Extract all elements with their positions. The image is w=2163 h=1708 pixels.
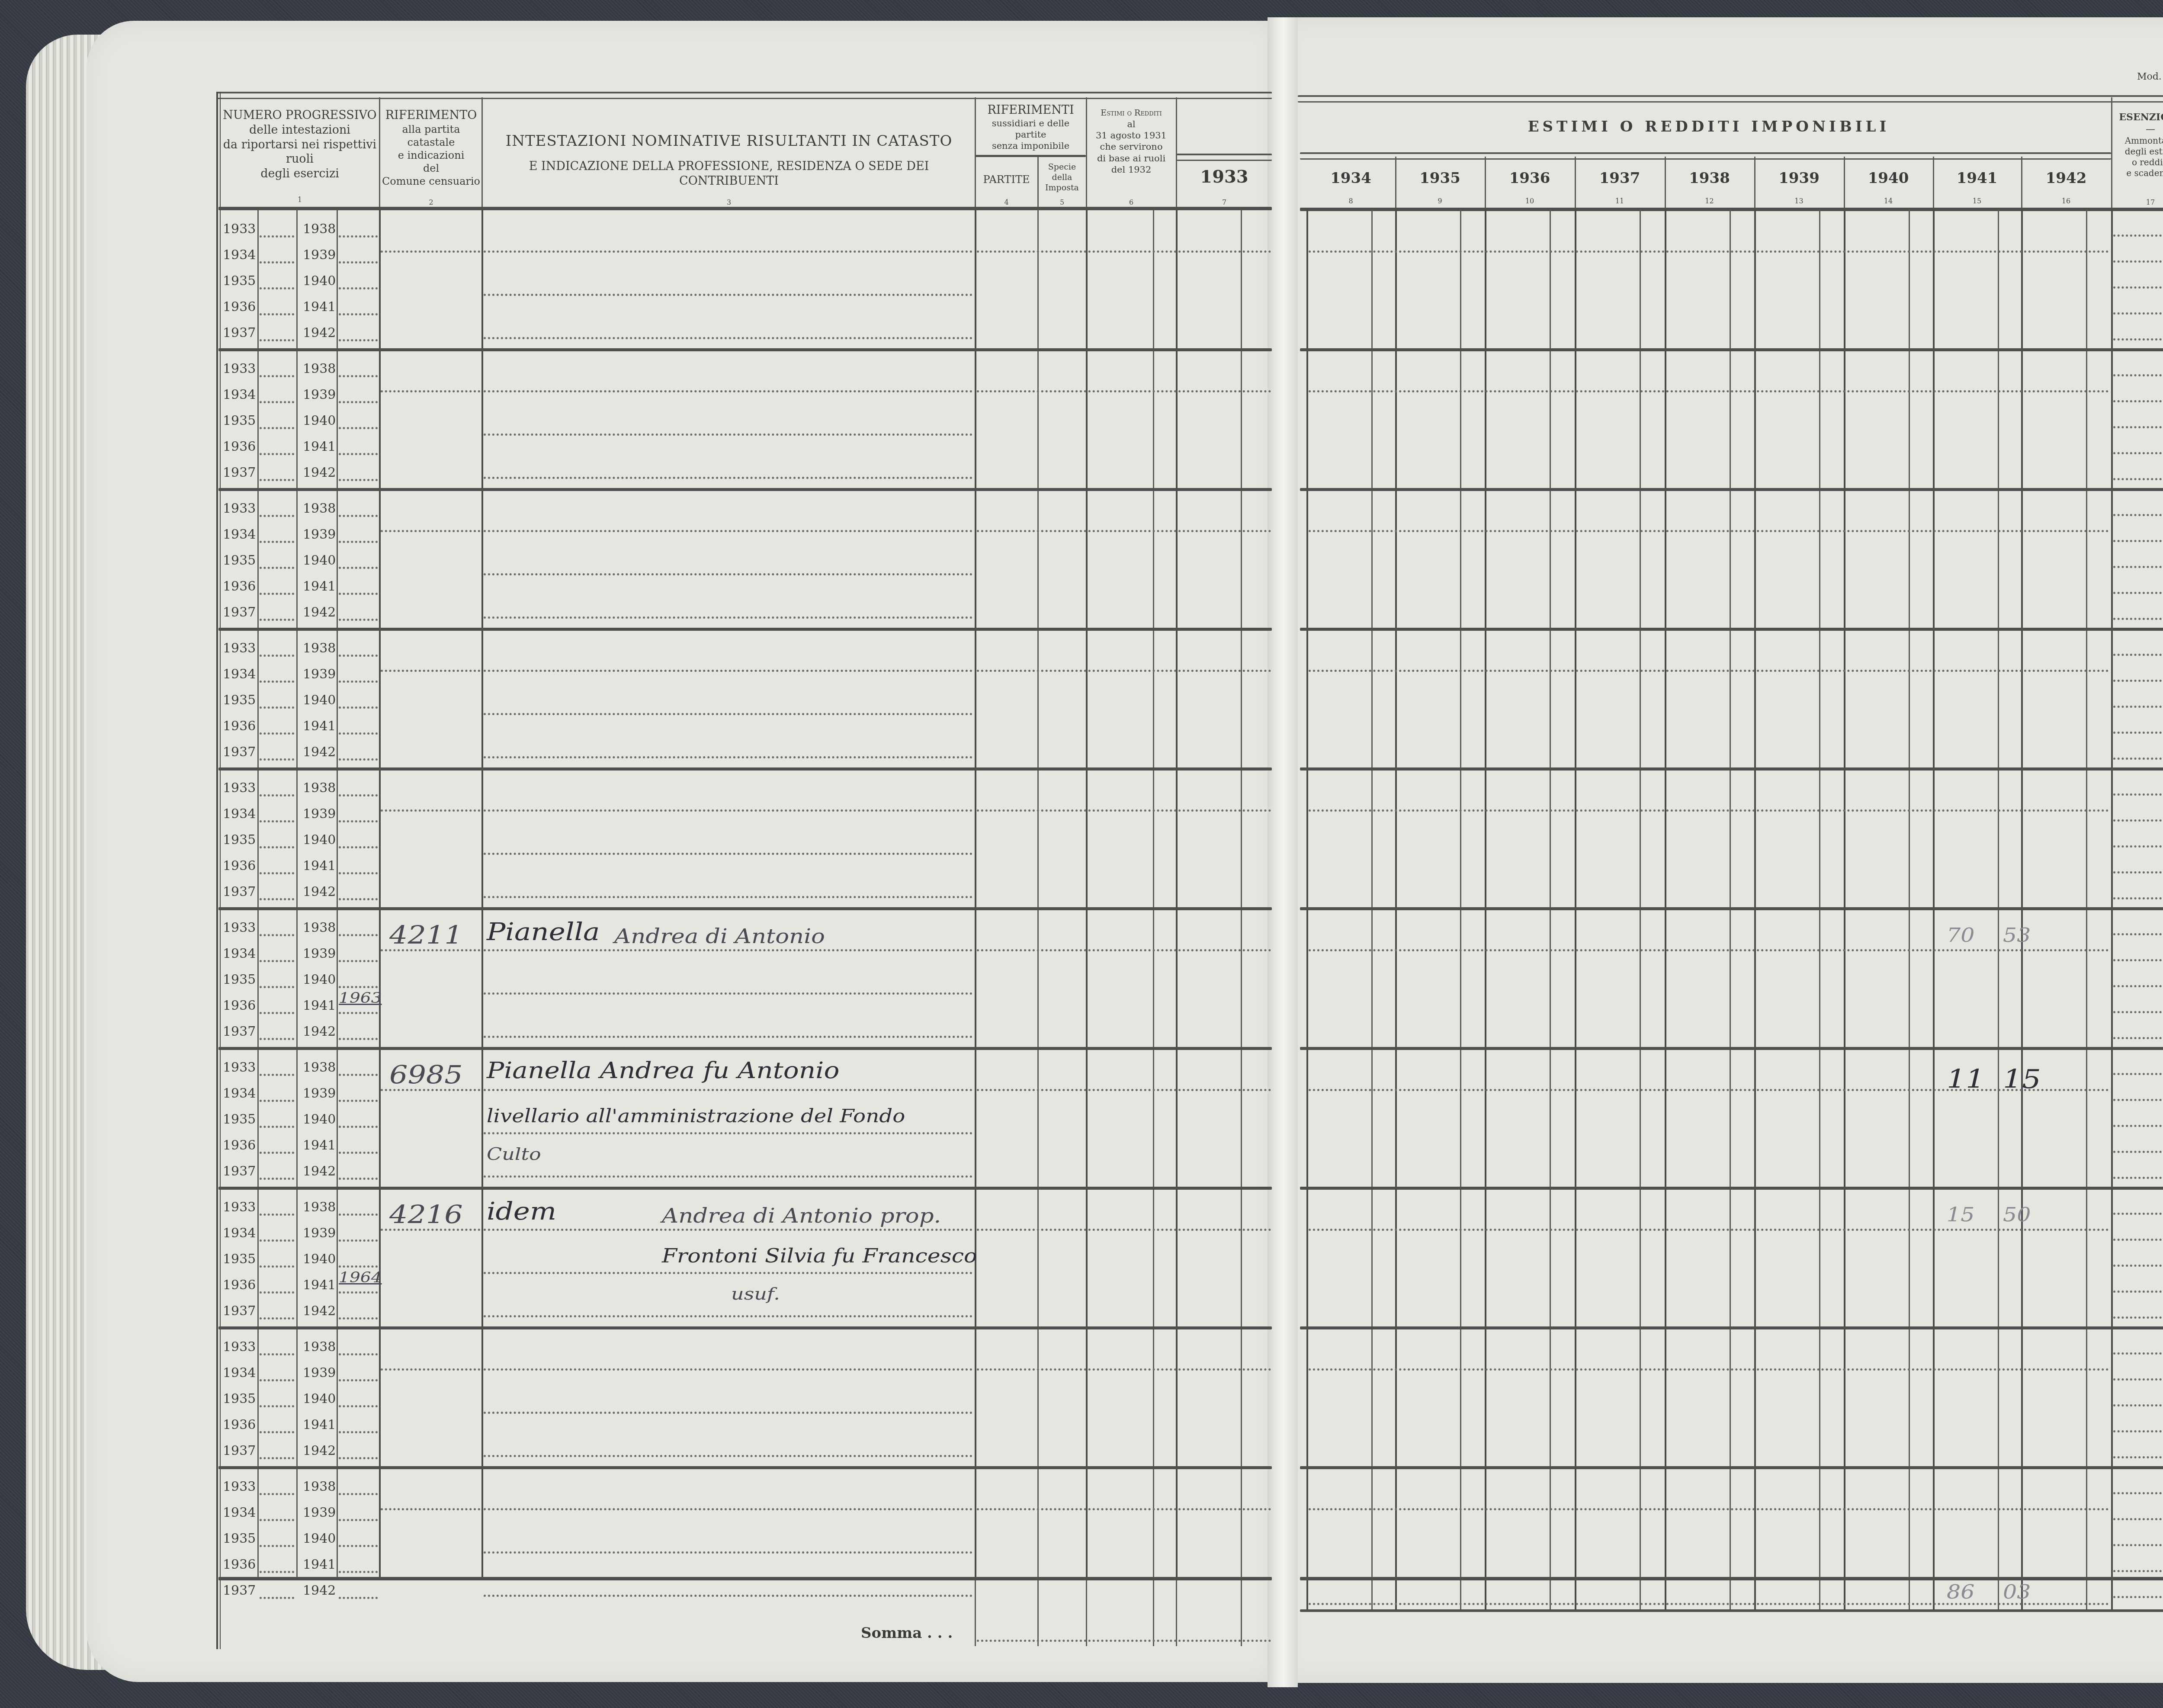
blank-line [2113, 478, 2163, 480]
column-rule [1086, 210, 1088, 1577]
row-year: 1934 [223, 806, 256, 822]
blank-line [2113, 1239, 2163, 1241]
blank-line [2113, 1570, 2163, 1572]
sum-column-rule [1176, 1577, 1177, 1646]
blank-line [2113, 1291, 2163, 1293]
row-year: 1935 [223, 1391, 256, 1406]
row-year: 1933 [223, 1200, 256, 1215]
col5-header: Specie della Imposta [1038, 162, 1086, 193]
form-id: Mod. 111 - Imposte Dirette (Intercalare)… [2137, 71, 2163, 82]
sum-column-rule [1037, 1577, 1039, 1646]
row-year: 1936 [223, 858, 256, 873]
blank-line [2113, 793, 2163, 796]
row-year: 1934 [223, 387, 256, 402]
blank-line [2113, 732, 2163, 734]
blank-line [260, 1571, 294, 1573]
col4-header: PARTITE [976, 173, 1037, 186]
year-header-1936: 1936 [1485, 170, 1575, 187]
write-line [484, 1595, 972, 1597]
blank-line [2113, 758, 2163, 760]
blank-line [2113, 1151, 2163, 1153]
table-top-border [1298, 95, 2163, 103]
somma-bottom-rule [1300, 1609, 2163, 1612]
col3-number: 3 [483, 198, 975, 206]
blank-line [260, 1265, 294, 1268]
row-year: 1941 [303, 579, 336, 594]
blank-line [2113, 1352, 2163, 1355]
write-line [1309, 809, 2109, 812]
blank-line [2113, 1596, 2163, 1598]
blank-line [339, 1431, 378, 1433]
block-rule [1300, 1326, 2163, 1329]
col7-year: 1933 [1177, 167, 1272, 187]
row-year: 1937 [223, 325, 256, 340]
group-underline [1300, 152, 2111, 160]
row-year: 1938 [303, 361, 336, 376]
amount-1941-cent: 53 [2003, 925, 2031, 947]
col4-number: 4 [976, 198, 1037, 206]
amount-1941-cent: 15 [2003, 1064, 2041, 1095]
blank-line [339, 1379, 378, 1381]
write-line [484, 1508, 972, 1510]
table-bottom-rule [1300, 1577, 2163, 1580]
blank-line [260, 706, 294, 709]
blank-line [339, 986, 378, 988]
blank-line [339, 960, 378, 962]
blank-line [260, 1152, 294, 1154]
write-line [1309, 1368, 2109, 1371]
block-rule [218, 1047, 1272, 1050]
row-year: 1938 [303, 1060, 336, 1075]
blank-line [2113, 1430, 2163, 1432]
row-year: 1936 [223, 719, 256, 734]
blank-line [260, 1239, 294, 1242]
col-number: 14 [1844, 197, 1933, 205]
row-year: 1940 [303, 1391, 336, 1406]
blank-line [260, 619, 294, 621]
row-year: 1937 [223, 884, 256, 899]
blank-line [339, 820, 378, 822]
row-year: 1939 [303, 387, 336, 402]
sum-column-rule [1241, 1577, 1242, 1646]
write-line [381, 809, 480, 812]
row-year: 1933 [223, 501, 256, 516]
block-rule [1300, 907, 2163, 910]
block-rule [1300, 1047, 2163, 1050]
write-line [977, 1508, 1271, 1510]
blank-line [2113, 312, 2163, 315]
row-year: 1941 [303, 719, 336, 734]
blank-line [260, 1405, 294, 1407]
somma-line [977, 1640, 1271, 1642]
row-year: 1934 [223, 247, 256, 263]
block-rule [1300, 767, 2163, 771]
blank-line [2113, 654, 2163, 656]
blank-line [2113, 286, 2163, 289]
blank-line [2113, 819, 2163, 822]
blank-line [260, 515, 294, 517]
block-rule [1300, 348, 2163, 351]
blank-line [260, 681, 294, 683]
blank-line [2113, 592, 2163, 594]
row-year: 1941 [303, 1417, 336, 1432]
blank-line [339, 567, 378, 569]
col1-header: NUMERO PROGRESSIVO delle intestazioni da… [221, 108, 379, 181]
blank-line [339, 872, 378, 874]
row-year: 1934 [223, 527, 256, 542]
block-rule [218, 1466, 1272, 1469]
column-rule [337, 210, 338, 1577]
row-year: 1940 [303, 832, 336, 848]
blank-line [260, 1597, 294, 1599]
write-line [1309, 1508, 2109, 1510]
row-year: 1938 [303, 780, 336, 796]
blank-line [2113, 1037, 2163, 1039]
col3-subheader: E INDICAZIONE DELLA PROFESSIONE, RESIDEN… [483, 159, 975, 189]
blank-line [260, 593, 294, 595]
write-line [484, 1272, 972, 1274]
write-line [484, 337, 972, 339]
write-line [484, 1455, 972, 1457]
blank-line [339, 655, 378, 657]
table-left-border-inner [220, 92, 221, 1649]
write-line [484, 809, 972, 812]
write-line [484, 949, 972, 951]
row-year: 1941 [303, 299, 336, 315]
right-page [1280, 17, 2163, 1683]
write-line [484, 1229, 972, 1231]
blank-line [2113, 1011, 2163, 1013]
block-rule [1300, 488, 2163, 491]
write-line [381, 670, 480, 672]
write-line [977, 530, 1271, 532]
blank-line [260, 1493, 294, 1495]
blank-line [2113, 426, 2163, 428]
col1-number: 1 [221, 196, 379, 204]
write-line [977, 1229, 1271, 1231]
row-year: 1937 [223, 605, 256, 620]
col-number: 10 [1485, 197, 1575, 205]
column-rule [1176, 210, 1178, 1577]
row-year: 1933 [223, 920, 256, 935]
blank-line [339, 453, 378, 455]
write-line [381, 1508, 480, 1510]
block-rule [218, 1326, 1272, 1329]
owner-name: idem [487, 1198, 556, 1226]
blank-line [260, 1038, 294, 1040]
blank-line [260, 1431, 294, 1433]
blank-line [2113, 1177, 2163, 1179]
blank-line [2113, 452, 2163, 454]
row-year: 1942 [303, 605, 336, 620]
col17-number: 17 [2112, 198, 2163, 206]
row-year: 1933 [223, 780, 256, 796]
row-year: 1933 [223, 641, 256, 656]
year-header-1942: 1942 [2021, 170, 2111, 187]
row-year: 1933 [223, 1479, 256, 1494]
blank-line [339, 1126, 378, 1128]
row-year: 1939 [303, 1505, 336, 1520]
year-header-1938: 1938 [1665, 170, 1754, 187]
amount-1941-lire: 70 [1947, 925, 1974, 947]
blank-line [339, 1178, 378, 1180]
row-year: 1940 [303, 693, 336, 708]
row-year: 1940 [303, 972, 336, 987]
blank-line [2113, 1404, 2163, 1406]
blank-line [260, 427, 294, 429]
blank-line [260, 1379, 294, 1381]
blank-line [260, 401, 294, 403]
write-line [484, 1368, 972, 1371]
row-year: 1942 [303, 884, 336, 899]
column-rule [296, 210, 298, 1577]
table-top-border [216, 92, 1272, 99]
blank-line [339, 681, 378, 683]
col-number: 13 [1754, 197, 1844, 205]
write-line [484, 530, 972, 532]
row-year: 1942 [303, 1583, 336, 1598]
col-number: 16 [2021, 197, 2111, 205]
blank-line [2113, 1125, 2163, 1127]
owner-name: Pianella [487, 918, 600, 946]
blank-line [260, 1545, 294, 1547]
table-left-border [216, 92, 218, 1649]
amount-1941-lire: 15 [1947, 1204, 1974, 1226]
blank-line [260, 1012, 294, 1014]
blank-line [260, 1353, 294, 1355]
blank-line [339, 619, 378, 621]
blank-line [260, 261, 294, 263]
blank-line [2113, 1073, 2163, 1075]
column-rule [481, 210, 483, 1577]
blank-line [2113, 234, 2163, 237]
table-bottom-rule [218, 1577, 1272, 1580]
blank-line [260, 479, 294, 481]
write-line [484, 1132, 972, 1134]
row-year: 1937 [223, 465, 256, 480]
write-line [1309, 530, 2109, 532]
blank-line [260, 872, 294, 874]
block-rule [218, 628, 1272, 631]
blank-line [2113, 540, 2163, 542]
write-line [977, 390, 1271, 392]
blank-line [339, 479, 378, 481]
row-year: 1934 [223, 946, 256, 961]
row-year: 1936 [223, 1278, 256, 1293]
blank-line [2113, 959, 2163, 961]
blank-line [260, 898, 294, 900]
row-year: 1939 [303, 1365, 336, 1381]
blank-line [339, 1291, 378, 1294]
column-rule [975, 210, 976, 1577]
riferimenti-header: RIFERIMENTI sussidiari e delle partite s… [976, 103, 1086, 152]
partita-number: 4211 [389, 920, 463, 950]
somma-1941-cent: 03 [2003, 1581, 2031, 1603]
header-bottom-rule [218, 207, 1272, 210]
blank-line [339, 427, 378, 429]
col6-header: Estimi o Redditi al 31 agosto 1931 che s… [1087, 108, 1176, 175]
row-year: 1935 [223, 972, 256, 987]
col-number: 8 [1306, 197, 1395, 205]
blank-line [260, 655, 294, 657]
write-line [977, 949, 1271, 951]
blank-line [339, 1214, 378, 1216]
write-line [484, 250, 972, 253]
row-year: 1935 [223, 1112, 256, 1127]
blank-line [339, 1597, 378, 1599]
blank-line [260, 758, 294, 761]
blank-line [2113, 871, 2163, 873]
blank-line [260, 986, 294, 988]
column-rule [1153, 210, 1154, 1577]
write-line [381, 530, 480, 532]
header-divider [481, 97, 483, 208]
blank-line [339, 593, 378, 595]
blank-line [339, 758, 378, 761]
blank-line [260, 1074, 294, 1076]
blank-line [260, 313, 294, 315]
book-spine [1268, 17, 1298, 1687]
blank-line [260, 235, 294, 238]
blank-line [339, 1038, 378, 1040]
row-year: 1936 [223, 439, 256, 454]
blank-line [260, 1519, 294, 1521]
blank-line [260, 1457, 294, 1459]
somma-line [1309, 1603, 2109, 1605]
row-year: 1941 [303, 1557, 336, 1572]
blank-line [2113, 933, 2163, 935]
row-year: 1938 [303, 501, 336, 516]
col2-number: 2 [381, 198, 481, 206]
row-year: 1937 [223, 1164, 256, 1179]
blank-line [2113, 566, 2163, 568]
row-year: 1936 [223, 998, 256, 1013]
blank-line [339, 1545, 378, 1547]
blank-line [2113, 1544, 2163, 1546]
row-year: 1933 [223, 1060, 256, 1075]
row-year: 1933 [223, 222, 256, 237]
blank-line [339, 1074, 378, 1076]
blank-line [260, 794, 294, 796]
partita-number: 4216 [389, 1200, 463, 1229]
col-number: 15 [1933, 197, 2021, 205]
amount-1941-cent: 50 [2003, 1204, 2031, 1226]
amount-1941-lire: 11 [1947, 1064, 1985, 1095]
row-year: 1937 [223, 745, 256, 760]
blank-line [339, 339, 378, 341]
write-line [977, 670, 1271, 672]
column-rule [1241, 210, 1242, 1577]
row-year: 1942 [303, 325, 336, 340]
write-line [484, 756, 972, 758]
side-number: 1963 [339, 989, 382, 1007]
header-divider [1176, 97, 1177, 208]
blank-line [339, 794, 378, 796]
row-year: 1935 [223, 693, 256, 708]
esenzioni-header: ESENZIONI — Ammontare degli estimi o red… [2112, 112, 2163, 179]
blank-line [260, 820, 294, 822]
year-header-1935: 1935 [1395, 170, 1485, 187]
blank-line [2113, 260, 2163, 263]
row-year: 1933 [223, 361, 256, 376]
row-year: 1934 [223, 1505, 256, 1520]
blank-line [339, 846, 378, 848]
row-year: 1940 [303, 273, 336, 289]
row-year: 1936 [223, 1557, 256, 1572]
blank-line [339, 1353, 378, 1355]
blank-line [339, 1100, 378, 1102]
col2-header: RIFERIMENTO alla partita catastale e ind… [381, 108, 481, 188]
write-line [484, 1315, 972, 1317]
blank-line [260, 1178, 294, 1180]
row-year: 1942 [303, 1164, 336, 1179]
blank-line [2113, 680, 2163, 682]
row-year: 1934 [223, 1226, 256, 1241]
sum-column-rule [975, 1577, 976, 1646]
blank-line [339, 235, 378, 238]
write-line [484, 477, 972, 479]
blank-line [339, 1519, 378, 1521]
blank-line [339, 1571, 378, 1573]
owner-note: Frontoni Silvia fu Francesco [662, 1245, 977, 1267]
block-rule [218, 907, 1272, 910]
owner-note: usuf. [731, 1284, 780, 1304]
col6-number: 6 [1087, 198, 1176, 206]
blank-line [2113, 374, 2163, 376]
sum-column-rule [1153, 1577, 1154, 1646]
row-year: 1938 [303, 920, 336, 935]
blank-line [260, 960, 294, 962]
write-line [484, 1089, 972, 1091]
write-line [484, 1412, 972, 1414]
row-year: 1941 [303, 439, 336, 454]
write-line [381, 390, 480, 392]
blank-line [339, 934, 378, 936]
row-year: 1938 [303, 641, 336, 656]
owner-name: Pianella Andrea fu Antonio [487, 1058, 839, 1084]
group-title: ESTIMI O REDDITI IMPONIBILI [1306, 118, 2111, 136]
blank-line [339, 401, 378, 403]
row-year: 1941 [303, 858, 336, 873]
row-year: 1937 [223, 1303, 256, 1319]
blank-line [339, 1152, 378, 1154]
blank-line [339, 313, 378, 315]
header-divider [379, 97, 380, 208]
write-line [484, 1551, 972, 1554]
blank-line [339, 261, 378, 263]
riferimenti-underline [976, 155, 1086, 157]
owner-note: livellario all'amministrazione del Fondo [487, 1105, 905, 1127]
column-rule [257, 210, 259, 1577]
write-line [977, 809, 1271, 812]
blank-line [2113, 1378, 2163, 1381]
blank-line [339, 375, 378, 377]
blank-line [260, 453, 294, 455]
row-year: 1935 [223, 553, 256, 568]
blank-line [2113, 897, 2163, 899]
somma-1941-lire: 86 [1947, 1581, 1974, 1603]
write-line [1309, 390, 2109, 392]
col-number: 11 [1575, 197, 1665, 205]
block-rule [218, 1187, 1272, 1190]
row-year: 1940 [303, 413, 336, 428]
row-year: 1942 [303, 1024, 336, 1039]
blank-line [339, 1457, 378, 1459]
sum-column-rule [1086, 1577, 1087, 1646]
col5-number: 5 [1038, 198, 1086, 206]
row-year: 1938 [303, 1200, 336, 1215]
row-year: 1935 [223, 273, 256, 289]
